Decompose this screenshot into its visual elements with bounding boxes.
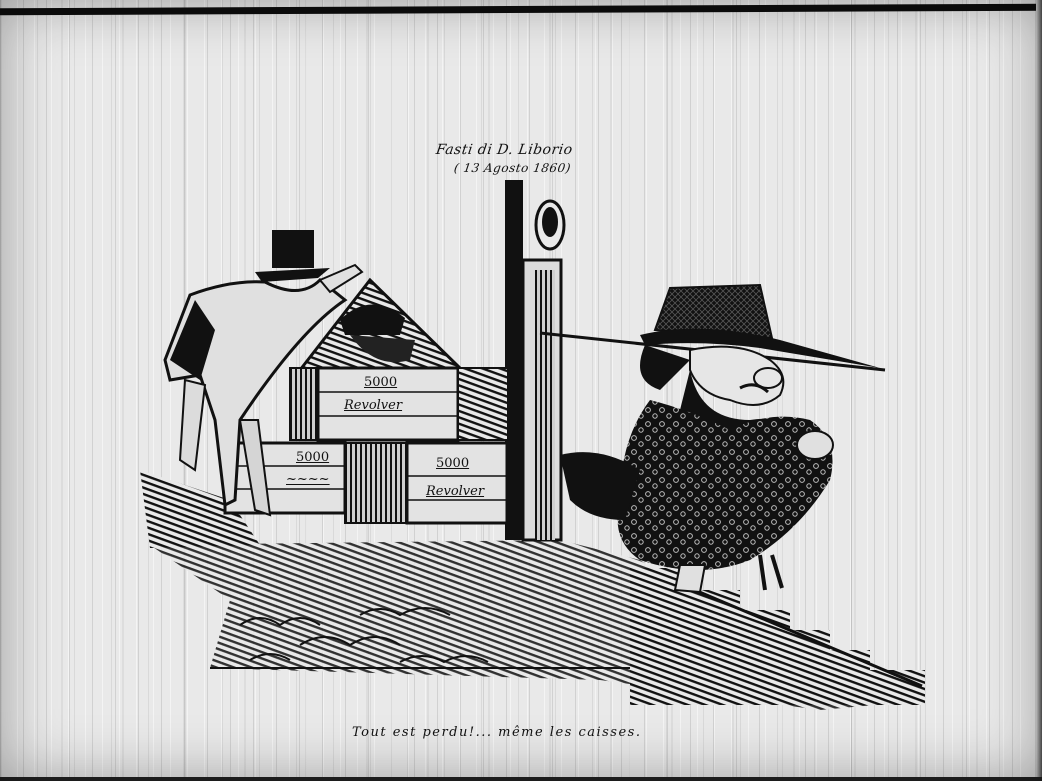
caption: Tout est perdu!... même les caisses. (352, 725, 641, 740)
doorway (505, 180, 564, 540)
bearded-man (540, 285, 885, 592)
staircase (630, 568, 925, 705)
illustration (0, 0, 1042, 781)
inscription-line-1: Fasti di D. Liborio (435, 142, 574, 158)
engraving-plate: Fasti di D. Liborio ( 13 Agosto 1860) 50… (0, 0, 1042, 781)
crate-3-label: Revolver (426, 484, 484, 499)
crate-1-number: 5000 (364, 375, 397, 390)
inscription-line-2: ( 13 Agosto 1860) (453, 161, 572, 175)
crate-1-label: Revolver (344, 398, 402, 413)
crate-3-number: 5000 (436, 456, 469, 471)
crate-2-label: ~~~~ (286, 472, 330, 487)
crate-2-number: 5000 (296, 450, 329, 465)
